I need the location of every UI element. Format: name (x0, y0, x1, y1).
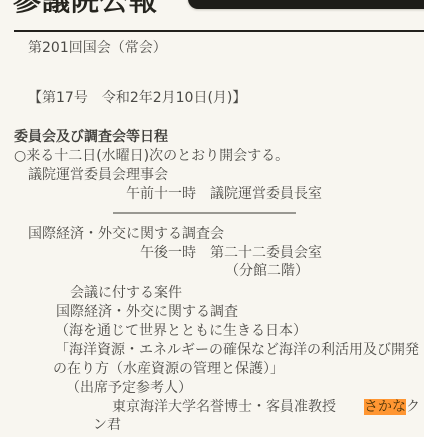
topic-line-1: 「海洋資源・エネルギーの確保など海洋の利活用及び開発 (55, 343, 419, 358)
steering-committee-name: 議院運営委員会理事会 (28, 168, 168, 183)
agenda-heading: 委員会及び調査会等日程 (14, 130, 168, 145)
title-rule-divider (14, 30, 424, 32)
topic-line-2: の在り方（水産資源の管理と保護）」 (53, 362, 284, 377)
gazette-page: 参議院公報 第201回国会（常会） 【第17号 令和2年2月10日(月)】 委員… (0, 0, 424, 437)
witnesses-heading: （出席予定参考人） (66, 381, 192, 396)
dash-separator: ―――――――――――――― (113, 206, 295, 221)
research-committee-time-place: 午後一時 第二十二委員会室 (140, 246, 322, 261)
page-title: 参議院公報 (13, 0, 158, 8)
case-heading: 会議に付する案件 (70, 286, 182, 301)
research-committee-name: 国際経済・外交に関する調査会 (28, 227, 224, 242)
issue-number-date: 【第17号 令和2年2月10日(月)】 (28, 91, 246, 106)
place-note: （分館二階） (225, 264, 309, 279)
clipped-dark-window-bar (188, 0, 424, 9)
case-name: 国際経済・外交に関する調査 (56, 305, 238, 320)
session-label: 第201回国会（常会） (28, 41, 167, 56)
witness-title-text: 東京海洋大学名誉博士・客員准教授 (112, 399, 336, 415)
witness-entry: 東京海洋大学名誉博士・客員准教授さかなク (112, 400, 420, 415)
steering-committee-time-place: 午前十一時 議院運営委員長室 (126, 187, 322, 202)
witness-name-overflow: ク (406, 399, 420, 415)
case-theme: （海を通じて世界とともに生きる日本） (55, 324, 307, 339)
witness-entry-wrap: ン君 (93, 418, 121, 433)
opening-announcement: ○来る十二日(水曜日)次のとおり開会する。 (14, 149, 289, 164)
find-highlight-active: さかな (364, 399, 406, 415)
